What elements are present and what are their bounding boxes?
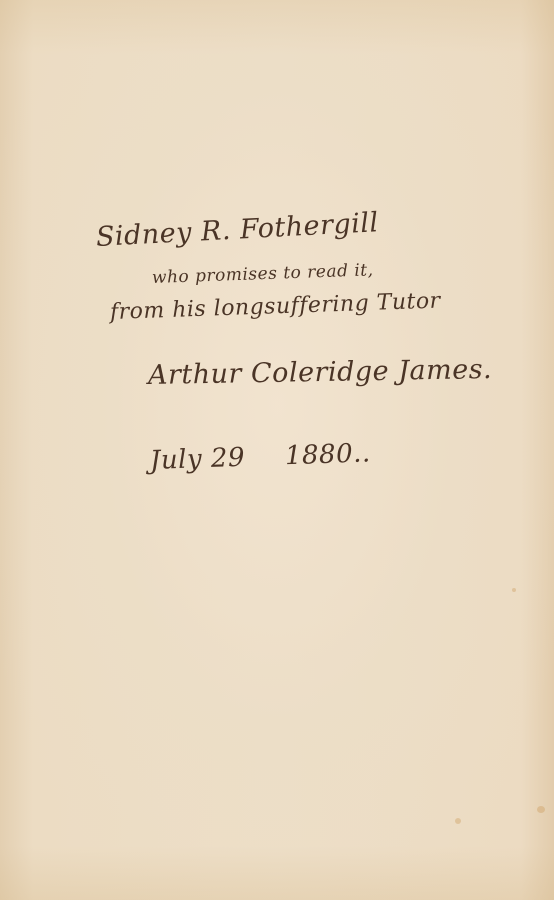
inscription-date: July 291880.. (149, 438, 371, 476)
book-endpaper: Sidney R. Fothergill who promises to rea… (0, 0, 554, 900)
inscription-signature: Arthur Coleridge James. (148, 354, 493, 391)
inscription-line-from: from his longsuffering Tutor (110, 288, 441, 325)
foxing-spot (455, 818, 461, 824)
date-day: July 29 (149, 443, 245, 476)
date-year: 1880.. (284, 438, 371, 471)
inscription-recipient: Sidney R. Fothergill (95, 207, 379, 253)
inscription-line-promise: who promises to read it, (152, 260, 374, 288)
foxing-spot (537, 806, 545, 813)
foxing-spot (512, 588, 516, 592)
